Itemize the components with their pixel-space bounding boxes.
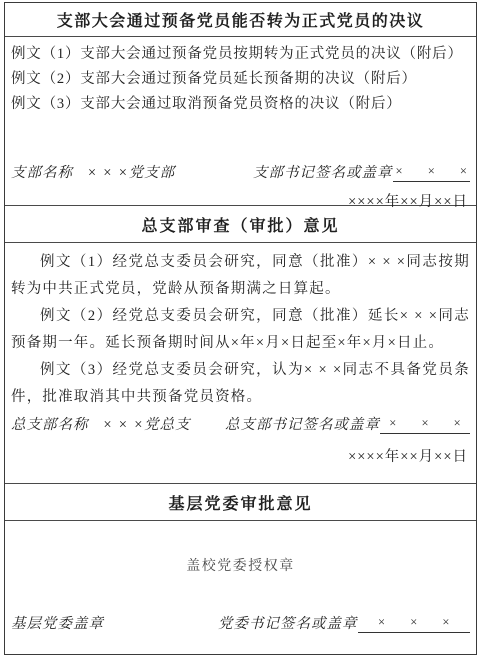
review-example-3: 例文（3）经党总支委员会研究，认为× × ×同志不具备党员条件，批准取消其中共预… [11,357,470,411]
general-branch-secretary-signature-line: × × × [380,413,470,434]
committee-secretary-signature-label: 党委书记签名或盖章 [218,612,358,633]
general-branch-date: ××××年××月××日 [11,445,470,466]
review-example-1: 例文（1）经党总支委员会研究，同意（批准）× × ×同志按期转为中共正式党员，党… [11,249,470,303]
general-branch-signature-row: 总支部名称 × × ×党总支 总支部书记签名或盖章 × × × [11,413,470,434]
branch-name-label: 支部名称 [11,161,73,182]
party-member-approval-form: 支部大会通过预备党员能否转为正式党员的决议 例文（1）支部大会通过预备党员按期转… [4,2,477,655]
branch-resolution-section: 例文（1）支部大会通过预备党员按期转为正式党员的决议（附后） 例文（2）支部大会… [5,37,476,206]
committee-secretary-signature-line: × × × [358,612,471,633]
branch-name-value: × × ×党支部 [87,161,175,182]
resolution-example-3: 例文（3）支部大会通过取消预备党员资格的决议（附后） [11,92,470,117]
general-branch-section-header: 总支部审查（审批）意见 [5,206,476,243]
committee-seal-group: 基层党委盖章 [11,612,218,633]
committee-seal-note: 盖校党委授权章 [11,555,470,575]
resolution-example-1: 例文（1）支部大会通过预备党员按期转为正式党员的决议（附后） [11,42,470,67]
branch-secretary-signature-label: 支部书记签名或盖章 [253,161,393,182]
document-title: 支部大会通过预备党员能否转为正式党员的决议 [5,3,476,37]
committee-approval-section: 盖校党委授权章 基层党委盖章 党委书记签名或盖章 × × × [5,521,476,654]
committee-section-header: 基层党委审批意见 [5,484,476,521]
general-branch-secretary-signature-label: 总支部书记签名或盖章 [225,413,380,434]
general-branch-review-section: 例文（1）经党总支委员会研究，同意（批准）× × ×同志按期转为中共正式党员，党… [5,243,476,484]
general-branch-name-group: 总支部名称 × × ×党总支 [11,413,225,434]
general-branch-name-value: × × ×党总支 [103,413,191,434]
committee-signature-row: 基层党委盖章 党委书记签名或盖章 × × × [11,612,470,633]
review-example-2: 例文（2）经党总支委员会研究，同意（批准）延长× × ×同志预备期一年。延长预备… [11,303,470,357]
branch-signature-row: 支部名称 × × ×党支部 支部书记签名或盖章 × × × [11,161,470,182]
general-branch-name-label: 总支部名称 [11,413,89,434]
branch-secretary-signature-line: × × × [393,161,471,182]
resolution-example-2: 例文（2）支部大会通过预备党员延长预备期的决议（附后） [11,67,470,92]
branch-name-group: 支部名称 × × ×党支部 [11,161,253,182]
committee-seal-label: 基层党委盖章 [11,612,104,633]
